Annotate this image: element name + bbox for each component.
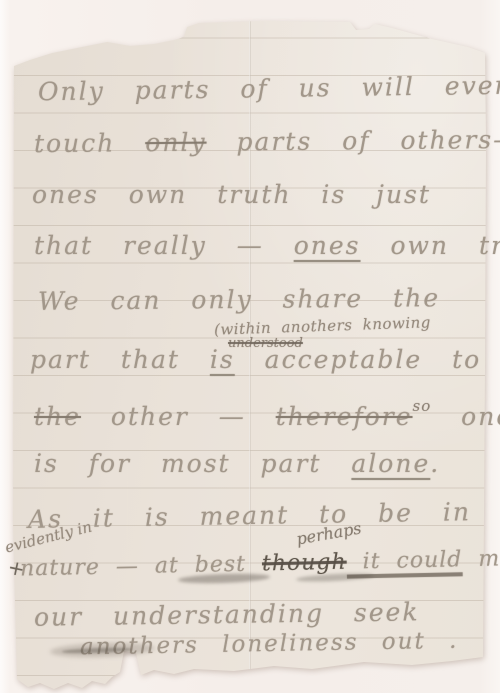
- underlined-word: ones: [294, 231, 361, 260]
- handwritten-line-7: the other — thereforeso one: [34, 397, 500, 431]
- photo-background: Only parts of us will ever touch only pa…: [0, 0, 500, 693]
- handwritten-line-3: ones own truth is just: [32, 180, 431, 209]
- text-segment: part that: [30, 345, 210, 374]
- text-segment: .: [430, 449, 440, 478]
- struck-word: therefore: [276, 402, 413, 431]
- struck-word: the: [34, 402, 81, 431]
- struck-word: only: [145, 128, 207, 158]
- handwritten-line-4: that really — ones own truth.: [34, 231, 500, 260]
- text-segment: one: [431, 402, 500, 431]
- text-segment: that really —: [34, 231, 294, 260]
- text-segment: We can only share the: [38, 283, 440, 316]
- text-segment: other —: [81, 402, 276, 431]
- text-segment: is for most part: [34, 449, 351, 478]
- text-segment: make: [462, 546, 500, 573]
- scribbled-words: it could: [346, 547, 462, 574]
- handwritten-line-5: We can only share the: [38, 283, 440, 316]
- handwritten-line-8: is for most part alone.: [34, 449, 440, 478]
- heavily-struck-word: though: [262, 550, 347, 577]
- inserted-word-so: so: [413, 397, 432, 415]
- handwritten-line-2: touch only parts of others—: [34, 125, 500, 158]
- text-segment: parts of others—: [206, 125, 500, 157]
- text-segment: our understanding seek: [34, 597, 420, 631]
- insertion-struck-understood: understood: [228, 336, 303, 351]
- text-segment: touch: [34, 128, 145, 158]
- text-segment: ones own truth is just: [32, 180, 431, 209]
- text-segment: own truth.: [361, 231, 500, 260]
- handwritten-line-11: our understanding seek: [34, 597, 420, 631]
- underlined-word: alone: [351, 449, 430, 478]
